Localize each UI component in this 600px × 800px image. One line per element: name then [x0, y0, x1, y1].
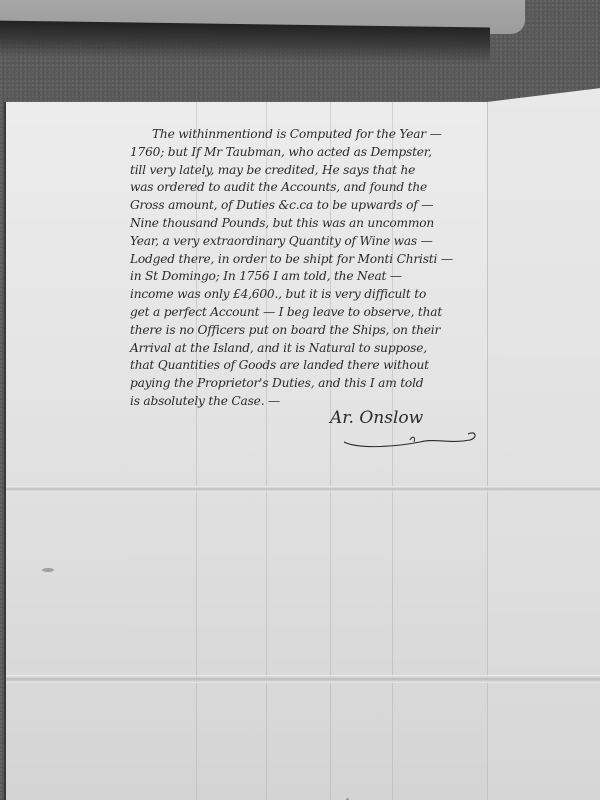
letter-line: 1760; but If Mr Taubman, who acted as De… — [130, 144, 485, 162]
ink-stain — [42, 568, 54, 572]
letter-line: till very lately, may be credited, He sa… — [130, 162, 485, 180]
signature-flourish-icon — [340, 424, 480, 452]
letter-line: Lodged there, in order to be shipt for M… — [130, 251, 485, 269]
letter-line: Arrival at the Island, and it is Natural… — [130, 340, 485, 358]
letter-body: The withinmentiond is Computed for the Y… — [130, 126, 485, 411]
letter-line: that Quantities of Goods are landed ther… — [130, 357, 485, 375]
letter-page-fold-panel — [487, 88, 600, 800]
letter-line: get a perfect Account — I beg leave to o… — [130, 304, 485, 322]
letter-line: Year, a very extraordinary Quantity of W… — [130, 233, 485, 251]
letter-line: is absolutely the Case. — — [130, 393, 485, 411]
letter-line: Gross amount, of Duties &c.ca to be upwa… — [130, 197, 485, 215]
letter-line: was ordered to audit the Accounts, and f… — [130, 179, 485, 197]
sheet-shadow — [0, 21, 490, 64]
letter-line: there is no Officers put on board the Sh… — [130, 322, 485, 340]
letter-line: income was only £4,600., but it is very … — [130, 286, 485, 304]
paper-fold-crease — [6, 675, 600, 683]
paper-fold-crease — [6, 486, 600, 492]
letter-line: paying the Proprietor's Duties, and this… — [130, 375, 485, 393]
letter-line: The withinmentiond is Computed for the Y… — [130, 126, 485, 144]
letter-line: Nine thousand Pounds, but this was an un… — [130, 215, 485, 233]
letter-line: in St Domingo; In 1756 I am told, the Ne… — [130, 268, 485, 286]
